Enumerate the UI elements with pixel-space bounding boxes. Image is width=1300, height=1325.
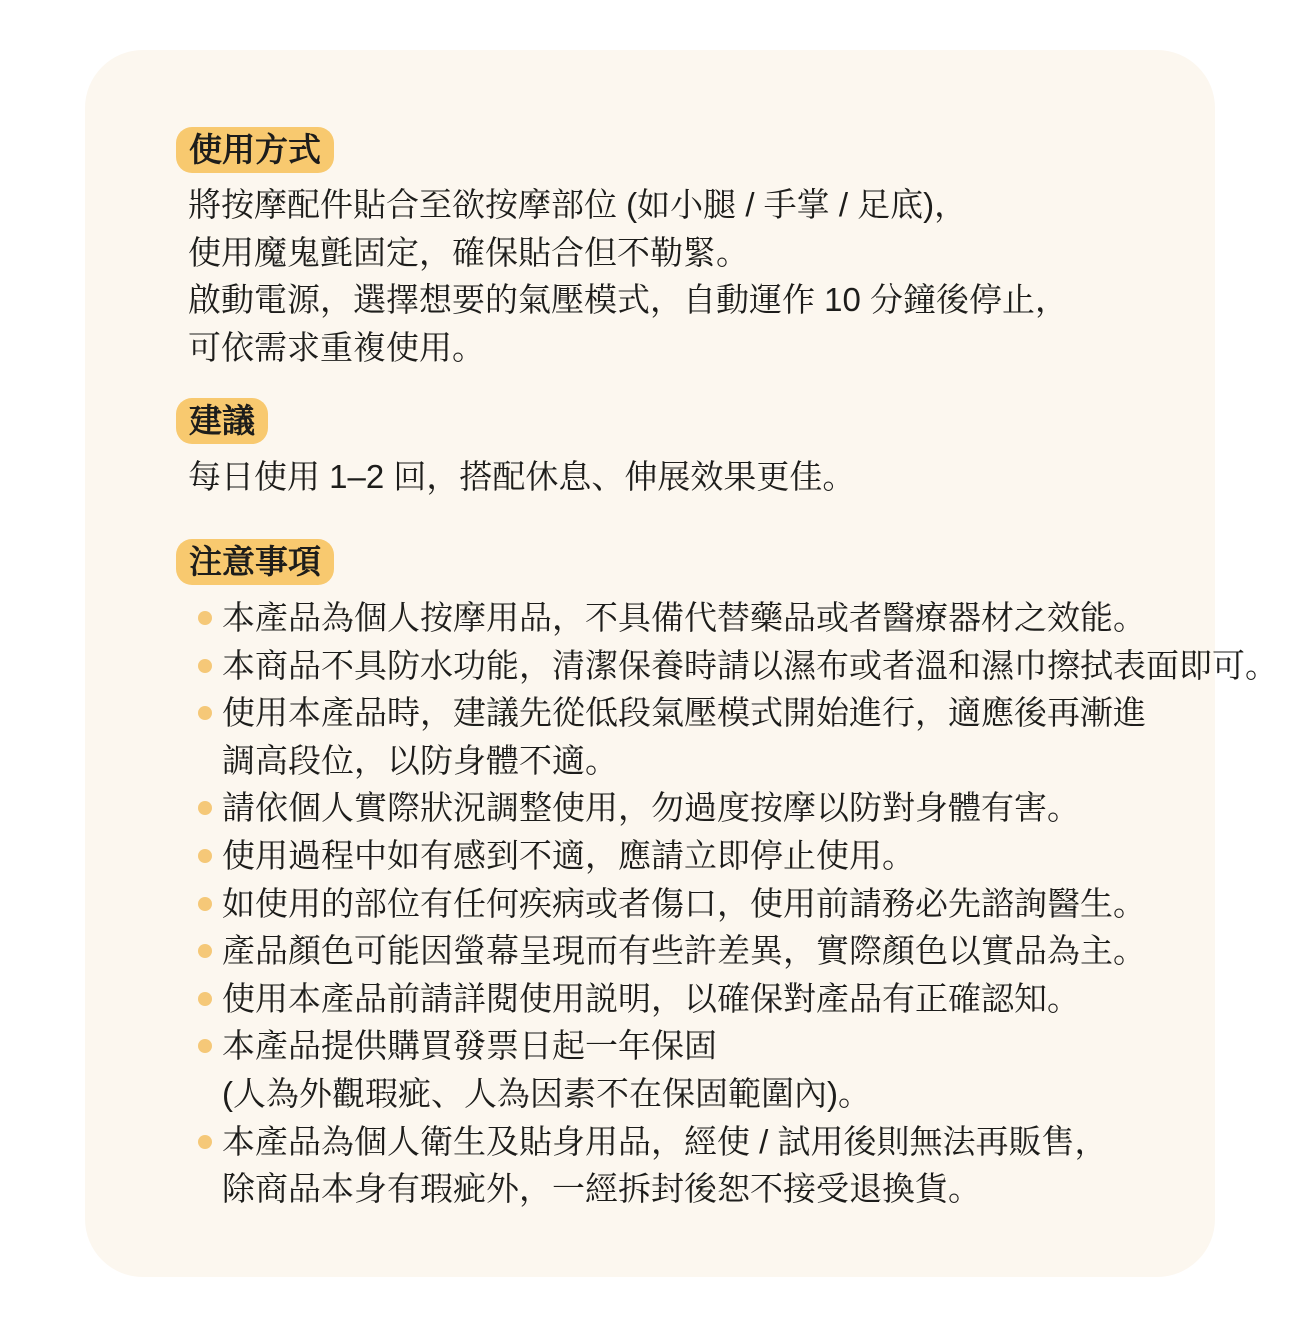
suggestion-paragraph: 每日使用 1–2 回，搭配休息、伸展效果更佳。 (188, 453, 855, 501)
bullet-dot-icon (198, 706, 212, 720)
bullet-dot-icon (198, 659, 212, 673)
bullet-dot-icon (198, 1039, 212, 1053)
note-item: 本商品不具防水功能，清潔保養時請以濕布或者溫和濕巾擦拭表面即可。 (198, 642, 1278, 690)
bullet-dot-icon (198, 944, 212, 958)
note-item-continuation: (人為外觀瑕疵、人為因素不在保固範圍內)。 (198, 1070, 1278, 1118)
note-item: 請依個人實際狀況調整使用，勿過度按摩以防對身體有害。 (198, 784, 1278, 832)
notes-list: 本產品為個人按摩用品，不具備代替藥品或者醫療器材之效能。本商品不具防水功能，清潔… (198, 594, 1278, 1213)
bullet-dot-icon (198, 897, 212, 911)
section-title-suggestion: 建議 (176, 398, 268, 444)
note-item: 本產品為個人衛生及貼身用品，經使 / 試用後則無法再販售， (198, 1118, 1278, 1166)
note-text: 本產品提供購買發票日起一年保固 (222, 1027, 717, 1064)
note-text: 如使用的部位有任何疾病或者傷口，使用前請務必先諮詢醫生。 (222, 885, 1146, 922)
bullet-dot-icon (198, 849, 212, 863)
text-line: 可依需求重複使用。 (188, 324, 1068, 372)
note-text: 使用本產品前請詳閱使用説明，以確保對產品有正確認知。 (222, 980, 1080, 1017)
note-item: 使用本產品前請詳閱使用説明，以確保對產品有正確認知。 (198, 975, 1278, 1023)
note-item: 如使用的部位有任何疾病或者傷口，使用前請務必先諮詢醫生。 (198, 880, 1278, 928)
note-text: 本商品不具防水功能，清潔保養時請以濕布或者溫和濕巾擦拭表面即可。 (222, 647, 1278, 684)
note-item: 本產品提供購買發票日起一年保固 (198, 1022, 1278, 1070)
text-line: 每日使用 1–2 回，搭配休息、伸展效果更佳。 (188, 453, 855, 501)
note-text: 使用本產品時，建議先從低段氣壓模式開始進行，適應後再漸進 (222, 694, 1146, 731)
bullet-dot-icon (198, 992, 212, 1006)
product-info-card: 使用方式 將按摩配件貼合至欲按摩部位 (如小腿 / 手掌 / 足底)，使用魔鬼氈… (85, 50, 1215, 1277)
usage-paragraph: 將按摩配件貼合至欲按摩部位 (如小腿 / 手掌 / 足底)，使用魔鬼氈固定，確保… (188, 181, 1068, 371)
note-text: 除商品本身有瑕疵外，一經拆封後恕不接受退換貨。 (222, 1170, 981, 1207)
note-item-continuation: 除商品本身有瑕疵外，一經拆封後恕不接受退換貨。 (198, 1165, 1278, 1213)
note-item-continuation: 調高段位，以防身體不適。 (198, 737, 1278, 785)
note-item: 產品顏色可能因螢幕呈現而有些許差異，實際顏色以實品為主。 (198, 927, 1278, 975)
note-text: 調高段位，以防身體不適。 (222, 742, 618, 779)
note-text: 使用過程中如有感到不適，應請立即停止使用。 (222, 837, 915, 874)
note-item: 使用過程中如有感到不適，應請立即停止使用。 (198, 832, 1278, 880)
bullet-dot-icon (198, 801, 212, 815)
text-line: 使用魔鬼氈固定，確保貼合但不勒緊。 (188, 229, 1068, 277)
page-background: 使用方式 將按摩配件貼合至欲按摩部位 (如小腿 / 手掌 / 足底)，使用魔鬼氈… (0, 0, 1300, 1325)
section-title-usage: 使用方式 (176, 127, 334, 173)
note-text: 本產品為個人衛生及貼身用品，經使 / 試用後則無法再販售， (222, 1123, 1108, 1160)
bullet-dot-icon (198, 611, 212, 625)
note-text: 產品顏色可能因螢幕呈現而有些許差異，實際顏色以實品為主。 (222, 932, 1146, 969)
note-item: 使用本產品時，建議先從低段氣壓模式開始進行，適應後再漸進 (198, 689, 1278, 737)
note-text: (人為外觀瑕疵、人為因素不在保固範圍內)。 (222, 1075, 871, 1112)
note-text: 請依個人實際狀況調整使用，勿過度按摩以防對身體有害。 (222, 789, 1080, 826)
section-title-notes: 注意事項 (176, 539, 334, 585)
text-line: 將按摩配件貼合至欲按摩部位 (如小腿 / 手掌 / 足底)， (188, 181, 1068, 229)
bullet-dot-icon (198, 1135, 212, 1149)
note-item: 本產品為個人按摩用品，不具備代替藥品或者醫療器材之效能。 (198, 594, 1278, 642)
note-text: 本產品為個人按摩用品，不具備代替藥品或者醫療器材之效能。 (222, 599, 1146, 636)
text-line: 啟動電源，選擇想要的氣壓模式，自動運作 10 分鐘後停止， (188, 276, 1068, 324)
